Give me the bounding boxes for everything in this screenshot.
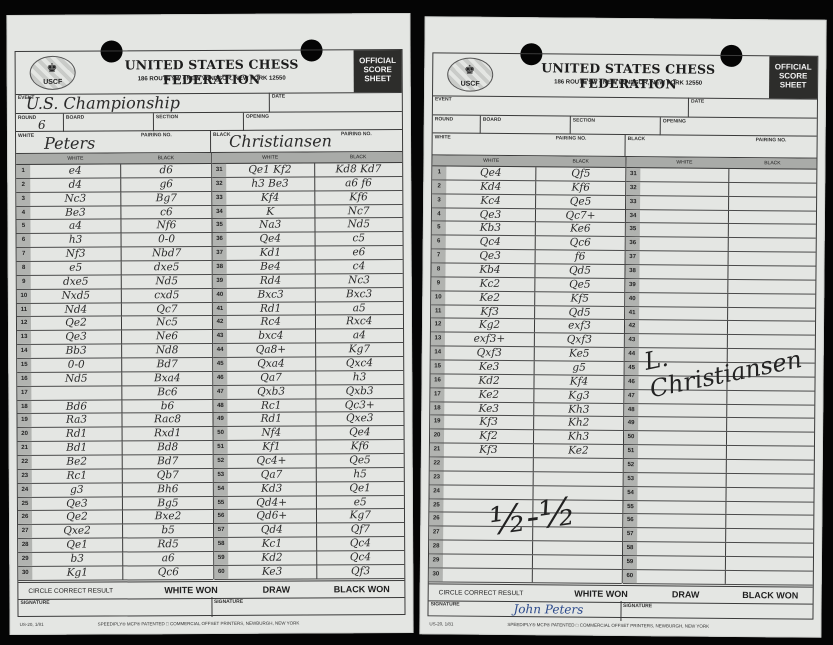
move-row: 3Nc3Bg7 — [16, 192, 211, 207]
white-move-cell[interactable]: Rc4 — [227, 316, 315, 329]
white-move-cell[interactable]: Na3 — [226, 219, 314, 232]
white-move-cell[interactable] — [637, 570, 725, 584]
white-move-cell[interactable] — [443, 541, 532, 555]
white-move-cell[interactable]: K — [226, 205, 314, 218]
white-move-cell[interactable]: Ke3 — [445, 360, 534, 374]
black-move-cell[interactable]: Qf3 — [316, 565, 405, 578]
white-move-cell[interactable]: Nf4 — [228, 427, 316, 440]
black-move-cell[interactable]: dxe5 — [121, 261, 212, 274]
black-move-cell[interactable]: Bd7 — [121, 358, 212, 371]
white-player-field[interactable]: WHITE PAIRING NO. — [432, 133, 625, 157]
white-move-cell[interactable] — [640, 168, 728, 182]
white-move-cell[interactable] — [444, 457, 533, 471]
white-move-cell[interactable]: Qe3 — [31, 331, 121, 344]
move-row: 4Be3c6 — [16, 206, 211, 221]
white-signature-value: John Peters — [513, 602, 583, 617]
black-won-option[interactable]: BLACK WON — [728, 590, 813, 601]
move-number: 57 — [623, 528, 637, 541]
white-move-cell[interactable]: Nd5 — [31, 372, 121, 385]
white-move-cell[interactable]: Rd1 — [32, 428, 122, 441]
black-move-cell[interactable]: a5 — [314, 302, 403, 315]
move-number: 7 — [17, 248, 31, 261]
black-move-cell[interactable] — [725, 474, 814, 488]
black-move-cell[interactable]: Bxa4 — [121, 372, 212, 385]
move-number: 28 — [18, 539, 32, 552]
black-move-cell[interactable]: Bxe2 — [122, 510, 213, 523]
move-number: 23 — [430, 471, 444, 484]
black-move-cell[interactable]: d6 — [120, 164, 211, 177]
black-move-cell[interactable] — [725, 529, 814, 543]
move-row: 50Nf4Qe4 — [214, 426, 404, 441]
black-move-cell[interactable] — [725, 488, 814, 502]
black-move-cell[interactable] — [728, 183, 817, 197]
white-move-cell[interactable]: Be2 — [32, 456, 122, 469]
white-move-cell[interactable] — [637, 501, 725, 515]
white-player-field[interactable]: WHITE PAIRING NO. Peters — [16, 131, 211, 154]
move-row: 39Rd4Nc3 — [213, 274, 403, 289]
white-move-cell[interactable]: Qa7 — [227, 371, 315, 384]
move-row: 42Rc4Rxc4 — [213, 315, 403, 330]
black-move-cell[interactable]: Bh6 — [122, 483, 213, 496]
white-move-cell[interactable] — [640, 196, 728, 210]
black-move-cell[interactable]: Kh3 — [533, 403, 623, 417]
black-player-field[interactable]: BLACK PAIRING NO. Christiansen — [211, 130, 402, 153]
black-move-cell[interactable]: Qe5 — [535, 195, 625, 209]
move-number: 33 — [626, 196, 640, 209]
move-number: 46 — [624, 376, 638, 389]
signature-row: SIGNATURE SIGNATURE — [18, 596, 404, 618]
black-move-cell[interactable] — [727, 224, 816, 238]
move-row: 2d4g6 — [16, 178, 211, 193]
black-won-option[interactable]: BLACK WON — [319, 584, 404, 594]
white-move-cell[interactable]: Bxc3 — [227, 288, 315, 301]
move-row: 20Rd1Rxd1 — [18, 427, 213, 442]
black-move-cell[interactable]: Bg7 — [120, 192, 211, 205]
black-move-cell[interactable]: Bg5 — [122, 497, 213, 510]
black-move-cell[interactable] — [533, 458, 623, 472]
white-move-cell[interactable]: Qc4 — [446, 236, 535, 250]
black-move-cell[interactable]: a6 f6 — [314, 177, 403, 190]
black-move-cell[interactable] — [727, 210, 816, 224]
move-number: 36 — [626, 237, 640, 250]
white-move-cell[interactable]: Kg2 — [445, 319, 534, 333]
white-move-cell[interactable]: e4 — [30, 164, 120, 177]
white-move-cell[interactable]: Kc1 — [228, 538, 316, 551]
white-move-cell[interactable]: Qe4 — [227, 233, 315, 246]
white-move-cell[interactable] — [640, 182, 728, 196]
white-move-cell[interactable]: Rc1 — [227, 399, 315, 412]
black-move-cell[interactable]: Qe5 — [534, 278, 624, 292]
move-row: 5a4Nf6 — [16, 219, 211, 234]
white-won-option[interactable]: WHITE WON — [559, 588, 644, 599]
black-move-cell[interactable]: Qc3+ — [315, 399, 404, 412]
black-move-cell[interactable]: Ke2 — [533, 444, 623, 458]
event-field[interactable]: EVENT — [433, 95, 689, 117]
white-move-cell[interactable] — [638, 473, 726, 487]
black-move-cell[interactable]: Kf6 — [314, 191, 403, 204]
move-row: 44Qa8+Kg7 — [213, 343, 403, 358]
black-move-cell[interactable]: cxd5 — [121, 289, 212, 302]
move-number: 43 — [213, 330, 227, 343]
white-move-cell[interactable]: Kf2 — [444, 430, 533, 444]
black-move-cell[interactable] — [725, 515, 814, 529]
black-move-cell[interactable]: Ne6 — [121, 330, 212, 343]
white-move-cell[interactable]: Ke3 — [228, 565, 316, 578]
black-move-cell[interactable]: Rac8 — [121, 413, 212, 426]
black-move-cell[interactable]: Kg7 — [315, 343, 404, 356]
white-move-cell[interactable]: g3 — [32, 483, 122, 496]
white-move-cell[interactable]: Nc3 — [30, 192, 120, 205]
black-move-cell[interactable]: Qe1 — [315, 482, 404, 495]
black-move-cell[interactable]: a6 — [122, 552, 213, 565]
move-number: 22 — [18, 456, 32, 469]
board-field[interactable]: BOARD — [481, 116, 571, 135]
black-move-cell[interactable]: Qf5 — [535, 167, 625, 181]
white-move-cell[interactable]: bxc4 — [227, 330, 315, 343]
white-signature-field[interactable]: SIGNATURE John Peters — [428, 599, 621, 621]
white-move-cell[interactable] — [640, 237, 728, 251]
move-number: 59 — [623, 556, 637, 569]
black-move-cell[interactable] — [728, 169, 817, 183]
white-move-cell[interactable] — [640, 224, 728, 238]
white-move-cell[interactable]: Qe3 — [446, 250, 535, 264]
black-move-cell[interactable]: e6 — [314, 246, 403, 259]
score-sheet-page-2: ♚ USCF UNITED STATES CHESS FEDERATION 18… — [419, 16, 826, 637]
black-move-cell[interactable] — [727, 252, 816, 266]
black-move-cell[interactable] — [727, 294, 816, 308]
white-move-cell[interactable]: Qe4 — [446, 166, 535, 180]
black-move-cell[interactable]: Qc7+ — [535, 209, 625, 223]
black-move-cell[interactable]: Nf6 — [120, 219, 211, 232]
black-move-cell[interactable] — [725, 502, 814, 516]
move-number: 44 — [625, 348, 639, 361]
move-number: 52 — [624, 459, 638, 472]
event-field[interactable]: EVENT U.S. Championship — [16, 93, 270, 114]
black-move-cell[interactable] — [532, 569, 622, 583]
black-move-cell[interactable]: a4 — [315, 329, 404, 342]
white-move-cell[interactable]: Ke2 — [444, 388, 533, 402]
move-number: 53 — [624, 473, 638, 486]
white-move-cell[interactable]: Kf3 — [444, 416, 533, 430]
black-move-cell[interactable] — [532, 541, 622, 555]
black-move-cell[interactable]: Qe5 — [315, 454, 404, 467]
white-move-cell[interactable]: Be4 — [227, 260, 315, 273]
black-move-cell[interactable]: Qc6 — [535, 237, 625, 251]
black-move-cell[interactable]: Nd5 — [314, 218, 403, 231]
white-move-cell[interactable]: Rc1 — [32, 469, 122, 482]
black-move-cell[interactable]: g6 — [120, 178, 211, 191]
white-move-cell[interactable] — [639, 307, 727, 321]
white-move-cell[interactable] — [639, 265, 727, 279]
black-move-cell[interactable]: Qd5 — [534, 306, 624, 320]
white-move-cell[interactable] — [639, 279, 727, 293]
white-move-cell[interactable]: Qe3 — [32, 497, 122, 510]
black-move-cell[interactable]: Bd8 — [122, 441, 213, 454]
white-move-cell[interactable]: Nd4 — [31, 303, 121, 316]
move-number: 30 — [18, 567, 32, 580]
black-move-cell[interactable]: Bd7 — [122, 455, 213, 468]
black-move-cell[interactable]: Qxb3 — [315, 385, 404, 398]
draw-option[interactable]: DRAW — [234, 584, 319, 594]
white-move-cell[interactable] — [639, 321, 727, 335]
black-move-cell[interactable] — [532, 555, 622, 569]
black-move-cell[interactable]: Ke6 — [535, 223, 625, 237]
white-move-cell[interactable] — [637, 515, 725, 529]
white-move-cell[interactable]: a4 — [30, 220, 120, 233]
black-move-cell[interactable]: Kf4 — [533, 375, 623, 389]
black-move-cell[interactable]: h3 — [315, 371, 404, 384]
white-move-cell[interactable]: Be3 — [30, 206, 120, 219]
black-move-cell[interactable]: Kf5 — [534, 292, 624, 306]
white-move-cell[interactable]: 0-0 — [31, 358, 121, 371]
black-move-cell[interactable]: Rd5 — [122, 538, 213, 551]
move-row: 54Kd3Qe1 — [214, 482, 404, 497]
black-move-cell[interactable]: g5 — [534, 361, 624, 375]
opening-field[interactable]: OPENING — [244, 112, 402, 131]
black-move-cell[interactable]: Nc5 — [121, 316, 212, 329]
black-move-cell[interactable]: Kg7 — [315, 509, 404, 522]
white-move-cell[interactable] — [444, 471, 533, 485]
white-signature-field[interactable]: SIGNATURE — [18, 597, 212, 618]
black-move-cell[interactable]: Kd8 Kd7 — [314, 163, 403, 176]
white-move-cell[interactable] — [638, 459, 726, 473]
white-move-cell[interactable]: Rd1 — [227, 302, 315, 315]
black-move-cell[interactable]: Qc4 — [316, 551, 405, 564]
black-move-cell[interactable]: c5 — [314, 232, 403, 245]
move-number: 2 — [16, 179, 30, 192]
white-move-cell[interactable]: Qd4+ — [228, 496, 316, 509]
white-move-cell[interactable]: h3 Be3 — [226, 177, 314, 190]
black-move-cell[interactable]: Qc4 — [316, 537, 405, 550]
black-move-cell[interactable] — [725, 432, 814, 446]
move-number: 2 — [432, 180, 446, 193]
black-move-cell[interactable]: Bc6 — [121, 386, 212, 399]
white-move-cell[interactable]: Kd3 — [228, 482, 316, 495]
black-move-cell[interactable]: Qf7 — [316, 523, 405, 536]
white-move-cell[interactable]: Bb3 — [31, 345, 121, 358]
black-move-cell[interactable]: exf3 — [534, 320, 624, 334]
white-move-cell[interactable]: Kc2 — [445, 277, 534, 291]
white-move-cell[interactable]: dxe5 — [31, 275, 121, 288]
move-number: 34 — [212, 205, 226, 218]
white-move-cell[interactable]: Kd1 — [227, 247, 315, 260]
black-move-cell[interactable] — [724, 557, 813, 571]
move-row: 58Kc1Qc4 — [214, 537, 404, 552]
federation-title: UNITED STATES CHESS FEDERATION — [86, 56, 338, 87]
black-move-cell[interactable] — [727, 266, 816, 280]
white-move-cell[interactable] — [637, 487, 725, 501]
black-move-cell[interactable]: Rxc4 — [314, 315, 403, 328]
white-move-cell[interactable] — [638, 431, 726, 445]
move-number: 17 — [430, 388, 444, 401]
white-move-cell[interactable]: Rd4 — [227, 274, 315, 287]
white-move-cell[interactable]: Qa8+ — [227, 344, 315, 357]
move-number: 31 — [626, 168, 640, 181]
white-move-cell[interactable]: Kf4 — [226, 191, 314, 204]
black-signature-field[interactable]: SIGNATURE — [621, 601, 813, 623]
black-signature-field[interactable]: SIGNATURE — [212, 596, 405, 617]
white-move-cell[interactable] — [638, 418, 726, 432]
white-move-cell[interactable]: Kd2 — [228, 552, 316, 565]
move-row: 34KNc7 — [212, 205, 402, 220]
white-move-cell[interactable]: Bd6 — [31, 400, 121, 413]
white-move-cell[interactable] — [640, 210, 728, 224]
black-move-cell[interactable]: b6 — [121, 400, 212, 413]
white-move-cell[interactable]: Kf1 — [228, 441, 316, 454]
black-move-cell[interactable] — [727, 238, 816, 252]
white-move-cell[interactable]: Kd4 — [446, 180, 535, 194]
black-move-cell[interactable]: Qb7 — [122, 469, 213, 482]
black-move-cell[interactable]: Kg3 — [533, 389, 623, 403]
white-move-cell[interactable] — [638, 404, 726, 418]
move-number: 6 — [17, 234, 31, 247]
white-move-cell[interactable]: Qe2 — [31, 317, 121, 330]
black-move-cell[interactable] — [725, 446, 814, 460]
black-move-cell[interactable]: Qxf3 — [534, 334, 624, 348]
white-move-cell[interactable]: Kf3 — [445, 305, 534, 319]
white-move-cell[interactable] — [31, 386, 121, 399]
white-move-cell[interactable]: Ra3 — [31, 414, 121, 427]
black-move-cell[interactable]: Rxd1 — [122, 427, 213, 440]
black-move-cell[interactable]: Qxe3 — [315, 412, 404, 425]
white-move-cell[interactable]: Qd6+ — [228, 510, 316, 523]
white-move-cell[interactable]: Bd1 — [32, 442, 122, 455]
white-move-cell[interactable]: Kf3 — [444, 444, 533, 458]
opening-field[interactable]: OPENING — [661, 117, 817, 136]
black-move-cell[interactable]: e5 — [315, 496, 404, 509]
moves-grid: WHITEBLACK 1e4d62d4g63Nc3Bg74Be3c65a4Nf6… — [16, 152, 404, 580]
white-move-cell[interactable] — [637, 528, 725, 542]
white-move-cell[interactable]: Kc4 — [446, 194, 535, 208]
move-number: 31 — [212, 164, 226, 177]
section-field[interactable]: SECTION — [154, 113, 244, 131]
black-move-cell[interactable]: Kf6 — [315, 440, 404, 453]
white-move-cell[interactable]: Qxe2 — [32, 525, 122, 538]
move-number: 16 — [17, 373, 31, 386]
white-move-cell[interactable]: Kb3 — [446, 222, 535, 236]
white-won-option[interactable]: WHITE WON — [148, 585, 233, 595]
white-move-cell[interactable]: Kg1 — [32, 566, 122, 579]
move-number: 56 — [214, 510, 228, 523]
white-move-cell[interactable]: Ke2 — [445, 291, 534, 305]
black-move-cell[interactable]: c6 — [120, 206, 211, 219]
move-number: 11 — [431, 305, 445, 318]
white-move-cell[interactable]: Qxa4 — [227, 357, 315, 370]
move-number: 41 — [213, 303, 227, 316]
draw-option[interactable]: DRAW — [643, 589, 728, 600]
white-move-cell[interactable]: b3 — [32, 553, 122, 566]
date-field[interactable]: DATE — [689, 98, 817, 119]
round-field[interactable]: ROUND 6 — [16, 114, 64, 132]
move-number: 10 — [431, 291, 445, 304]
white-move-cell[interactable]: Qc4+ — [228, 454, 316, 467]
white-move-cell[interactable]: Qxb3 — [227, 385, 315, 398]
white-move-cell[interactable]: Nf3 — [31, 248, 121, 261]
black-move-cell[interactable]: Nd8 — [121, 344, 212, 357]
black-move-cell[interactable]: Nc7 — [314, 205, 403, 218]
round-field[interactable]: ROUND — [433, 115, 481, 133]
black-move-cell[interactable]: Bxc3 — [314, 288, 403, 301]
white-move-cell[interactable]: Kd2 — [444, 374, 533, 388]
move-number: 10 — [17, 290, 31, 303]
date-field[interactable]: DATE — [270, 92, 402, 113]
black-move-cell[interactable] — [725, 543, 814, 557]
move-number: 45 — [213, 358, 227, 371]
black-move-cell[interactable] — [725, 460, 814, 474]
black-move-cell[interactable]: h5 — [315, 468, 404, 481]
white-move-cell[interactable]: e5 — [31, 261, 121, 274]
move-number: 25 — [429, 499, 443, 512]
black-move-cell[interactable]: Kh2 — [533, 417, 623, 431]
black-move-cell[interactable] — [726, 418, 815, 432]
move-number: 40 — [213, 289, 227, 302]
white-move-cell[interactable] — [638, 445, 726, 459]
white-move-cell[interactable] — [640, 251, 728, 265]
white-move-cell[interactable]: Qxf3 — [445, 347, 534, 361]
black-move-cell[interactable]: f6 — [535, 250, 625, 264]
board-field[interactable]: BOARD — [64, 113, 154, 131]
black-move-cell[interactable]: Qc7 — [121, 303, 212, 316]
white-move-cell[interactable]: Kb4 — [445, 263, 534, 277]
move-row: 56Qd6+Kg7 — [214, 509, 404, 524]
black-move-cell[interactable]: Kh3 — [533, 431, 623, 445]
move-row: 43bxc4a4 — [213, 329, 403, 344]
white-move-cell[interactable]: d4 — [30, 178, 120, 191]
white-move-cell[interactable] — [637, 556, 725, 570]
white-move-cell[interactable]: Qe1 — [32, 539, 122, 552]
black-move-cell[interactable]: Nbd7 — [121, 247, 212, 260]
black-player-field[interactable]: BLACK PAIRING NO. — [625, 135, 816, 159]
black-move-cell[interactable] — [728, 197, 817, 211]
black-move-cell[interactable]: Kf6 — [535, 181, 625, 195]
black-move-cell[interactable]: b5 — [122, 524, 213, 537]
black-move-cell[interactable] — [726, 405, 815, 419]
black-move-cell[interactable]: c4 — [314, 260, 403, 273]
black-move-cell[interactable]: Nd5 — [121, 275, 212, 288]
move-row: 13Qe3Ne6 — [17, 330, 212, 345]
white-move-cell[interactable] — [443, 555, 532, 569]
move-number: 45 — [625, 362, 639, 375]
black-move-cell[interactable]: 0-0 — [121, 233, 212, 246]
white-move-cell[interactable]: Qa7 — [228, 468, 316, 481]
black-move-cell[interactable]: Qc6 — [122, 566, 213, 579]
move-number: 12 — [431, 319, 445, 332]
white-move-cell[interactable] — [637, 542, 725, 556]
white-move-cell[interactable] — [443, 568, 532, 582]
section-field[interactable]: SECTION — [571, 117, 661, 136]
black-move-cell[interactable]: Nc3 — [314, 274, 403, 287]
black-move-cell[interactable] — [726, 391, 815, 405]
black-move-cell[interactable]: Qxc4 — [315, 357, 404, 370]
white-move-cell[interactable]: exf3+ — [445, 333, 534, 347]
move-number: 9 — [431, 277, 445, 290]
white-move-cell[interactable]: Rd1 — [227, 413, 315, 426]
white-move-cell[interactable]: Qe3 — [446, 208, 535, 222]
white-move-cell[interactable]: Qe2 — [32, 511, 122, 524]
white-move-cell[interactable]: Qe1 Kf2 — [226, 163, 314, 176]
black-move-cell[interactable]: Qd5 — [534, 264, 624, 278]
white-move-cell[interactable]: h3 — [31, 234, 121, 247]
white-move-cell[interactable]: Qd4 — [228, 524, 316, 537]
black-move-cell[interactable]: Qe4 — [315, 426, 404, 439]
black-move-cell[interactable]: Ke5 — [534, 347, 624, 361]
white-move-cell[interactable]: Ke3 — [444, 402, 533, 416]
black-move-cell[interactable] — [724, 571, 813, 585]
black-move-cell[interactable] — [533, 472, 623, 486]
white-move-cell[interactable] — [639, 293, 727, 307]
white-move-cell[interactable]: Nxd5 — [31, 289, 121, 302]
black-move-cell[interactable] — [727, 280, 816, 294]
